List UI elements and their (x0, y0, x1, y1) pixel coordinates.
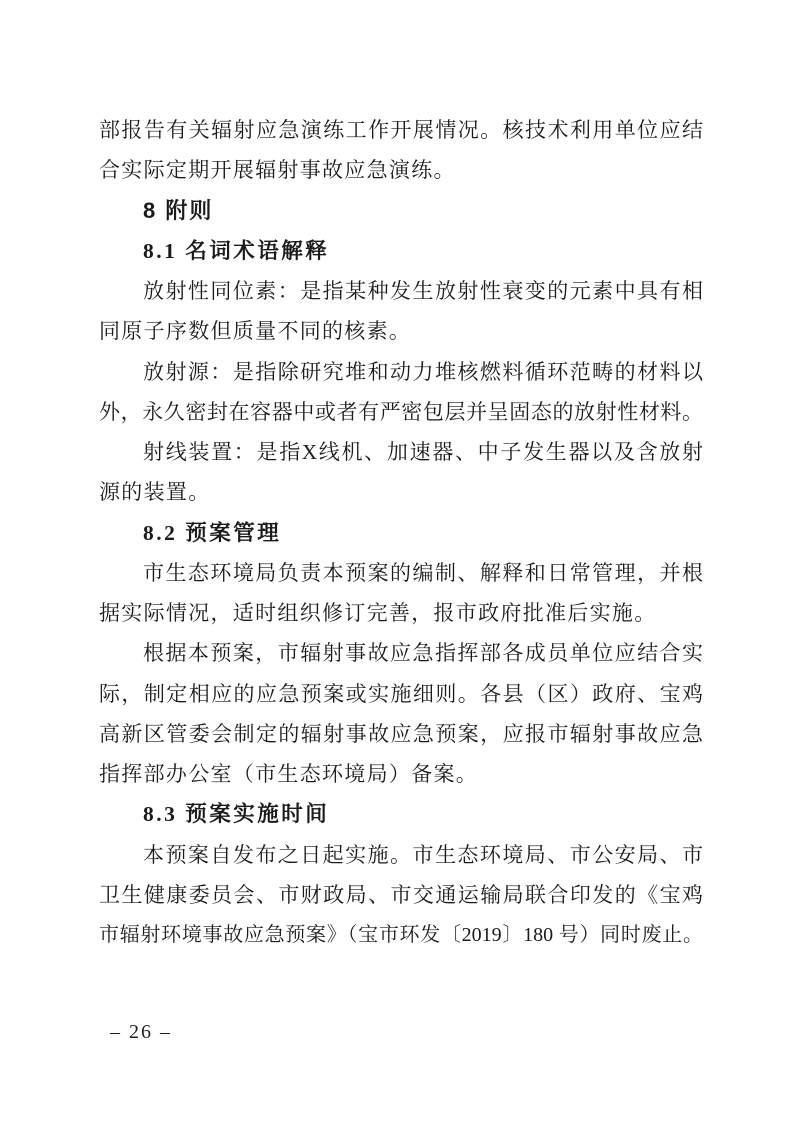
body-line: 据实际情况，适时组织修订完善，报市政府批准后实施。 (99, 593, 703, 633)
subsection-heading-8-2: 8.2 预案管理 (99, 513, 703, 553)
body-line: 高新区管委会制定的辐射事故应急预案，应报市辐射事故应急 (99, 714, 703, 754)
body-line: 放射源：是指除研究堆和动力堆核燃料循环范畴的材料以 (99, 352, 703, 392)
body-line: 部报告有关辐射应急演练工作开展情况。核技术利用单位应结 (99, 110, 703, 150)
body-line: 射线装置：是指X线机、加速器、中子发生器以及含放射 (99, 432, 703, 472)
section-heading-8: 8 附则 (99, 191, 703, 231)
page-number: – 26 – (110, 1019, 172, 1045)
body-line: 卫生健康委员会、市财政局、市交通运输局联合印发的《宝鸡 (99, 875, 703, 915)
document-page: { "page": { "width": 800, "height": 1131… (0, 0, 800, 1131)
body-line: 合实际定期开展辐射事故应急演练。 (99, 150, 703, 190)
subsection-heading-8-3: 8.3 预案实施时间 (99, 794, 703, 834)
body-line: 放射性同位素：是指某种发生放射性衰变的元素中具有相 (99, 271, 703, 311)
body-line: 本预案自发布之日起实施。市生态环境局、市公安局、市 (99, 835, 703, 875)
body-line: 指挥部办公室（市生态环境局）备案。 (99, 754, 703, 794)
body-line: 同原子序数但质量不同的核素。 (99, 311, 703, 351)
body-line: 根据本预案，市辐射事故应急指挥部各成员单位应结合实 (99, 633, 703, 673)
body-line: 外，永久密封在容器中或者有严密包层并呈固态的放射性材料。 (99, 392, 703, 432)
body-line: 源的装置。 (99, 472, 703, 512)
body-line: 市辐射环境事故应急预案》（宝市环发〔2019〕180 号）同时废止。 (99, 915, 703, 955)
document-body: 部报告有关辐射应急演练工作开展情况。核技术利用单位应结 合实际定期开展辐射事故应… (99, 110, 703, 955)
body-line: 际，制定相应的应急预案或实施细则。各县（区）政府、宝鸡 (99, 674, 703, 714)
subsection-heading-8-1: 8.1 名词术语解释 (99, 231, 703, 271)
body-line: 市生态环境局负责本预案的编制、解释和日常管理，并根 (99, 553, 703, 593)
